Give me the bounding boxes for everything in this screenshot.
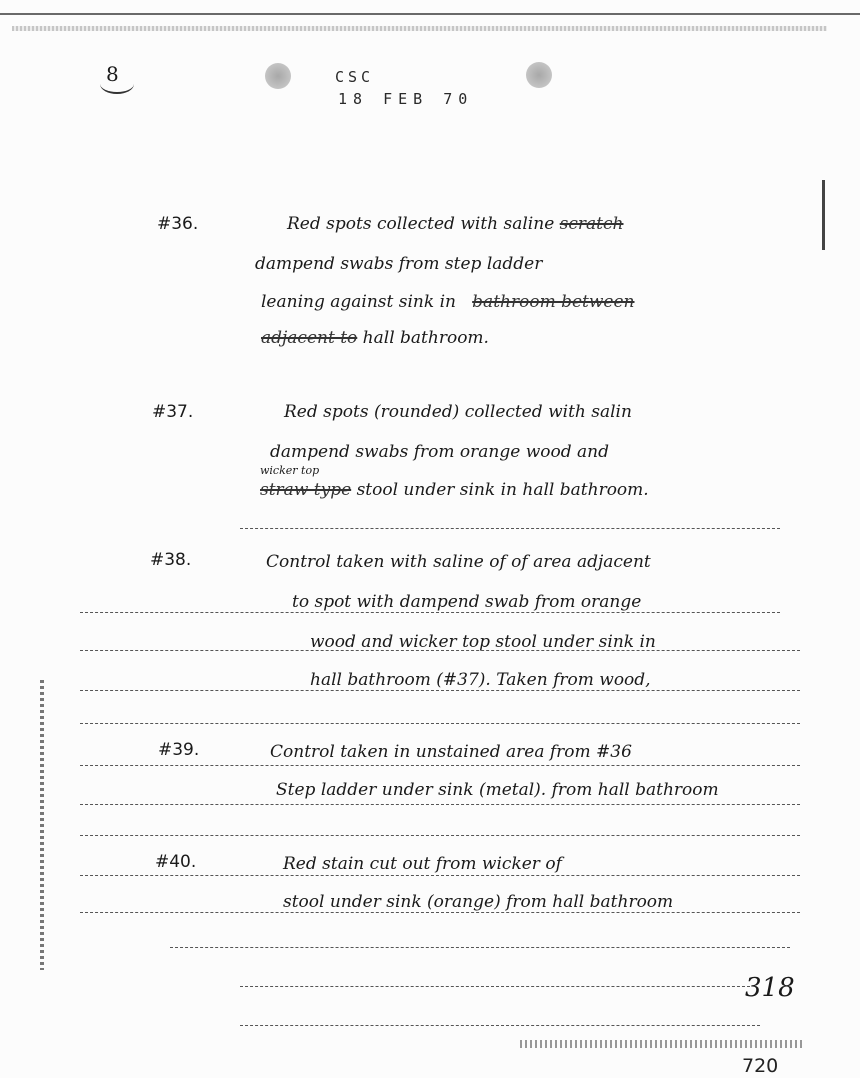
punch-hole	[265, 63, 291, 89]
entry-line: Red stain cut out from wicker of	[283, 854, 562, 874]
entry-line: leaning against sink in bathroom between	[261, 292, 635, 312]
header-stamp: CSC 18 FEB 70	[335, 66, 473, 110]
handwritten-page-number: 318	[745, 973, 795, 1003]
scan-noise-bottom	[520, 1040, 805, 1048]
margin-scan-noise	[40, 680, 44, 970]
entry-line: Control taken in unstained area from #36	[270, 742, 632, 762]
ruled-line	[80, 912, 800, 913]
entry-line: to spot with dampend swab from orange	[292, 592, 641, 612]
entry-line: stool under sink (orange) from hall bath…	[283, 892, 673, 912]
bates-number: 720	[742, 1055, 778, 1077]
entry-line: Control taken with saline of of area adj…	[266, 552, 651, 572]
ruled-line	[80, 650, 800, 651]
entry-insert: wicker top	[260, 464, 319, 477]
ruled-line	[240, 986, 750, 987]
entry-line: Step ladder under sink (metal). from hal…	[276, 780, 719, 800]
stamp-agency: CSC	[335, 66, 473, 88]
ruled-line	[80, 804, 800, 805]
circled-page-number: 8	[106, 62, 119, 86]
top-rule	[0, 13, 860, 15]
entry-line: adjacent to hall bathroom.	[261, 328, 489, 348]
stamp-date: 18 FEB 70	[338, 88, 473, 110]
ruled-line	[170, 947, 790, 948]
evidence-entry-39: #39. Control taken in unstained area fro…	[158, 740, 818, 810]
edge-mark	[822, 180, 825, 250]
entry-number: #40.	[155, 852, 196, 872]
entry-number: #39.	[158, 740, 199, 760]
entry-line: Red spots (rounded) collected with salin	[284, 402, 632, 422]
entry-number: #37.	[152, 402, 193, 422]
ruled-line	[80, 690, 800, 691]
entry-line: dampend swabs from orange wood and	[270, 442, 609, 462]
ruled-line	[80, 723, 800, 724]
entry-line: straw type stool under sink in hall bath…	[260, 480, 649, 500]
entry-line: wood and wicker top stool under sink in	[310, 632, 656, 652]
ruled-line	[80, 765, 800, 766]
scan-noise-top	[12, 26, 827, 31]
ruled-line	[80, 875, 800, 876]
entry-line: Red spots collected with saline scratch	[287, 214, 623, 234]
ruled-line	[240, 528, 780, 529]
ruled-line	[80, 835, 800, 836]
entry-number: #38.	[150, 550, 191, 570]
ruled-line	[80, 612, 780, 613]
evidence-entry-36: #36. Red spots collected with saline scr…	[157, 214, 797, 354]
evidence-entry-37: #37. Red spots (rounded) collected with …	[152, 402, 812, 512]
entry-line: hall bathroom (#37). Taken from wood,	[310, 670, 651, 690]
punch-hole	[526, 62, 552, 88]
evidence-entry-38: #38. Control taken with saline of of are…	[150, 550, 810, 700]
entry-line: dampend swabs from step ladder	[255, 254, 542, 274]
entry-number: #36.	[157, 214, 198, 234]
ruled-line	[240, 1025, 760, 1026]
